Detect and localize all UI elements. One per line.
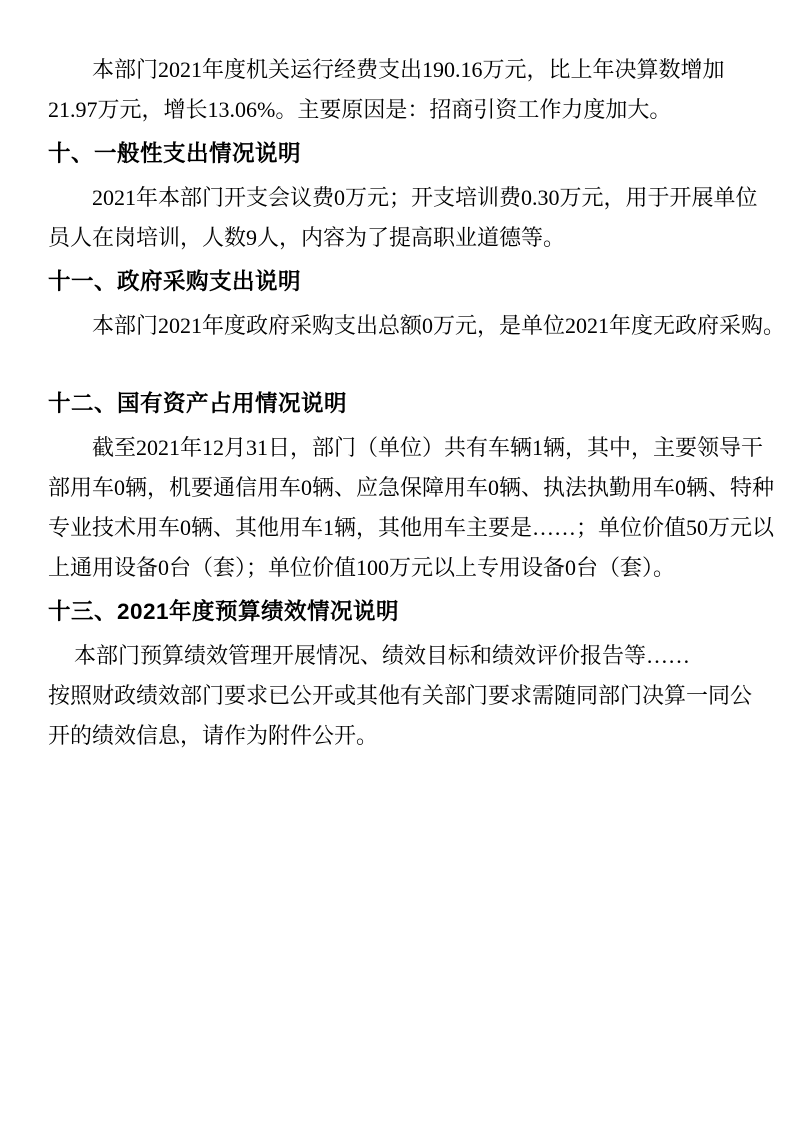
heading-section-10: 十、一般性支出情况说明: [48, 134, 747, 174]
text-line: 2021年本部门开支会议费0万元；开支培训费0.30万元，用于开展单位: [48, 178, 747, 218]
text-line: 部用车0辆，机要通信用车0辆、应急保障用车0辆、执法执勤用车0辆、特种: [48, 468, 747, 508]
text-line: 截至2021年12月31日，部门（单位）共有车辆1辆，其中，主要领导干: [48, 428, 747, 468]
text-line: 本部门2021年度机关运行经费支出190.16万元，比上年决算数增加: [48, 50, 747, 90]
blank-line: [48, 346, 747, 380]
text-line: 本部门2021年度政府采购支出总额0万元，是单位2021年度无政府采购。: [48, 306, 747, 346]
heading-section-13: 十三、2021年度预算绩效情况说明: [48, 592, 747, 632]
heading-section-12: 十二、国有资产占用情况说明: [48, 384, 747, 424]
text-line: 员人在岗培训，人数9人，内容为了提高职业道德等。: [48, 218, 747, 258]
para-government-procurement: 本部门2021年度政府采购支出总额0万元，是单位2021年度无政府采购。: [48, 306, 747, 346]
heading-section-11: 十一、政府采购支出说明: [48, 262, 747, 302]
para-state-owned-assets: 截至2021年12月31日，部门（单位）共有车辆1辆，其中，主要领导干部用车0辆…: [48, 428, 747, 588]
text-line: 按照财政绩效部门要求已公开或其他有关部门要求需随同部门决算一同公: [48, 676, 747, 716]
para-general-expenditure: 2021年本部门开支会议费0万元；开支培训费0.30万元，用于开展单位员人在岗培…: [48, 178, 747, 258]
document-body: 本部门2021年度机关运行经费支出190.16万元，比上年决算数增加21.97万…: [48, 50, 747, 756]
text-line: 21.97万元，增长13.06%。主要原因是：招商引资工作力度加大。: [48, 90, 747, 130]
text-line: 开的绩效信息，请作为附件公开。: [48, 716, 747, 756]
text-line: 上通用设备0台（套）；单位价值100万元以上专用设备0台（套）。: [48, 548, 747, 588]
para-budget-performance: 本部门预算绩效管理开展情况、绩效目标和绩效评价报告等……按照财政绩效部门要求已公…: [48, 636, 747, 756]
document-page: 本部门2021年度机关运行经费支出190.16万元，比上年决算数增加21.97万…: [0, 0, 793, 1122]
para-operating-expense: 本部门2021年度机关运行经费支出190.16万元，比上年决算数增加21.97万…: [48, 50, 747, 130]
text-line: 专业技术用车0辆、其他用车1辆，其他用车主要是……；单位价值50万元以: [48, 508, 747, 548]
text-line: 本部门预算绩效管理开展情况、绩效目标和绩效评价报告等……: [48, 636, 747, 676]
